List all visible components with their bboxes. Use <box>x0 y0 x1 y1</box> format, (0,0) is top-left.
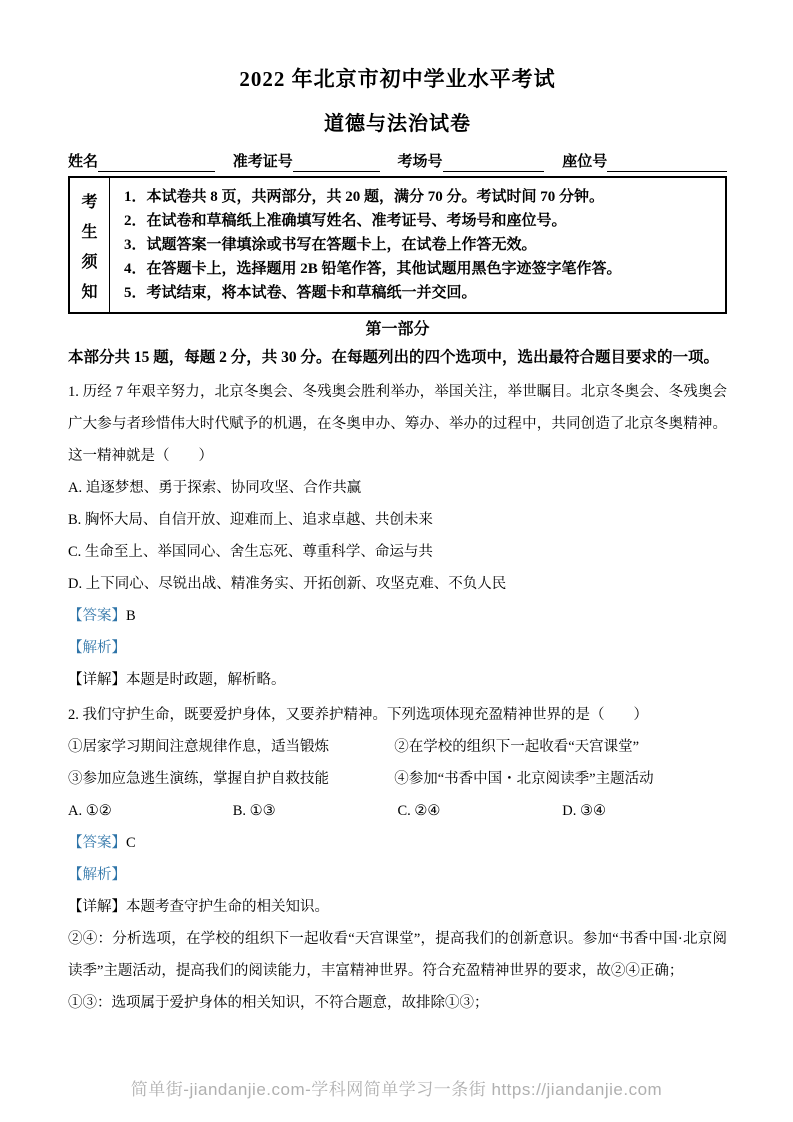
q2-detail-line: 【详解】本题考查守护生命的相关知识。 <box>68 891 727 923</box>
watermark-footer: 简单街-jiandanjie.com-学科网简单学习一条街 https://ji… <box>0 1075 793 1100</box>
q1-analysis-label: 【解析】 <box>68 640 126 656</box>
q1-detail-line: 【详解】本题是时政题，解析略。 <box>68 664 727 696</box>
q2-choice-d: D. ③④ <box>562 795 727 827</box>
page-subtitle: 道德与法治试卷 <box>68 110 727 138</box>
notice-item: 2．在试卷和草稿纸上准确填写姓名、准考证号、考场号和座位号。 <box>124 209 715 233</box>
q1-option-b: B. 胸怀大局、自信开放、迎难而上、追求卓越、共创未来 <box>68 504 727 536</box>
page-title: 2022 年北京市初中学业水平考试 <box>68 64 727 94</box>
q2-choice-a: A. ①② <box>68 795 233 827</box>
q2-detail-text: 本题考查守护生命的相关知识。 <box>126 899 329 915</box>
seat-field-group: 座位号 <box>562 152 727 172</box>
notice-side-char: 生 <box>81 219 97 242</box>
q2-choices-row: A. ①② B. ①③ C. ②④ D. ③④ <box>68 795 727 827</box>
exam-paper-page: 2022 年北京市初中学业水平考试 道德与法治试卷 姓名 准考证号 考场号 座位… <box>0 0 793 1122</box>
q2-sub-options-row2: ③参加应急逃生演练，掌握自护自救技能 ④参加“书香中国・北京阅读季”主题活动 <box>68 763 727 795</box>
name-field-group: 姓名 <box>68 152 233 172</box>
question-1: 1. 历经 7 年艰辛努力，北京冬奥会、冬残奥会胜利举办，举国关注，举世瞩目。北… <box>68 376 727 696</box>
notice-item: 4．在答题卡上，选择题用 2B 铅笔作答，其他试题用黑色字迹签字笔作答。 <box>124 257 715 281</box>
q2-explanation-1: ②④：分析选项，在学校的组织下一起收看“天宫课堂”，提高我们的创新意识。参加“书… <box>68 923 727 987</box>
q1-detail-text: 本题是时政题，解析略。 <box>126 672 286 688</box>
q1-detail-label: 【详解】 <box>68 672 126 688</box>
name-blank <box>98 152 215 172</box>
notice-side-char: 知 <box>81 279 97 302</box>
notice-side-char: 须 <box>81 249 97 272</box>
notice-item: 1．本试卷共 8 页，共两部分，共 20 题，满分 70 分。考试时间 70 分… <box>124 185 715 209</box>
q2-choice-b: B. ①③ <box>233 795 398 827</box>
q2-choice-c: C. ②④ <box>398 795 563 827</box>
notice-side-char: 考 <box>81 189 97 212</box>
q2-sub-options-row1: ①居家学习期间注意规律作息，适当锻炼 ②在学校的组织下一起收看“天宫课堂” <box>68 731 727 763</box>
room-field-group: 考场号 <box>398 152 563 172</box>
q2-stem: 2. 我们守护生命，既要爱护身体，又要养护精神。下列选项体现充盈精神世界的是（ … <box>68 699 727 731</box>
seat-number-label: 座位号 <box>562 152 607 172</box>
notice-side-title: 考 生 须 知 <box>70 178 110 312</box>
q2-sub-option-1: ①居家学习期间注意规律作息，适当锻炼 <box>68 731 394 763</box>
q2-answer-label: 【答案】 <box>68 835 126 851</box>
q1-stem: 1. 历经 7 年艰辛努力，北京冬奥会、冬残奥会胜利举办，举国关注，举世瞩目。北… <box>68 376 727 472</box>
q1-answer-value: B <box>126 608 136 624</box>
q2-answer-value: C <box>126 835 136 851</box>
q2-sub-option-3: ③参加应急逃生演练，掌握自护自救技能 <box>68 763 394 795</box>
part1-description: 本部分共 15 题，每题 2 分，共 30 分。在每题列出的四个选项中，选出最符… <box>68 343 727 373</box>
exam-room-label: 考场号 <box>398 152 443 172</box>
ticket-number-blank <box>293 152 380 172</box>
seat-number-blank <box>607 152 727 172</box>
part1-heading: 第一部分 <box>68 317 727 343</box>
q1-answer-label: 【答案】 <box>68 608 126 624</box>
q1-option-a: A. 追逐梦想、勇于探索、协同攻坚、合作共赢 <box>68 472 727 504</box>
q1-answer-line: 【答案】B <box>68 600 727 632</box>
notice-item: 5．考试结束，将本试卷、答题卡和草稿纸一并交回。 <box>124 281 715 305</box>
q2-analysis-line: 【解析】 <box>68 859 727 891</box>
q2-sub-option-2: ②在学校的组织下一起收看“天宫课堂” <box>394 731 727 763</box>
name-label: 姓名 <box>68 152 98 172</box>
q2-detail-label: 【详解】 <box>68 899 126 915</box>
q2-explanation-2: ①③：选项属于爱护身体的相关知识，不符合题意，故排除①③； <box>68 987 727 1019</box>
student-info-row: 姓名 准考证号 考场号 座位号 <box>68 148 727 172</box>
q1-analysis-line: 【解析】 <box>68 632 727 664</box>
exam-room-blank <box>443 152 545 172</box>
notice-list: 1．本试卷共 8 页，共两部分，共 20 题，满分 70 分。考试时间 70 分… <box>110 178 725 312</box>
ticket-number-label: 准考证号 <box>233 152 293 172</box>
q2-answer-line: 【答案】C <box>68 827 727 859</box>
candidate-notice-box: 考 生 须 知 1．本试卷共 8 页，共两部分，共 20 题，满分 70 分。考… <box>68 176 727 314</box>
q1-option-c: C. 生命至上、举国同心、舍生忘死、尊重科学、命运与共 <box>68 536 727 568</box>
question-2: 2. 我们守护生命，既要爱护身体，又要养护精神。下列选项体现充盈精神世界的是（ … <box>68 699 727 1019</box>
notice-item: 3．试题答案一律填涂或书写在答题卡上，在试卷上作答无效。 <box>124 233 715 257</box>
q1-option-d: D. 上下同心、尽锐出战、精准务实、开拓创新、攻坚克难、不负人民 <box>68 568 727 600</box>
q2-analysis-label: 【解析】 <box>68 867 126 883</box>
ticket-field-group: 准考证号 <box>233 152 398 172</box>
q2-sub-option-4: ④参加“书香中国・北京阅读季”主题活动 <box>394 763 727 795</box>
